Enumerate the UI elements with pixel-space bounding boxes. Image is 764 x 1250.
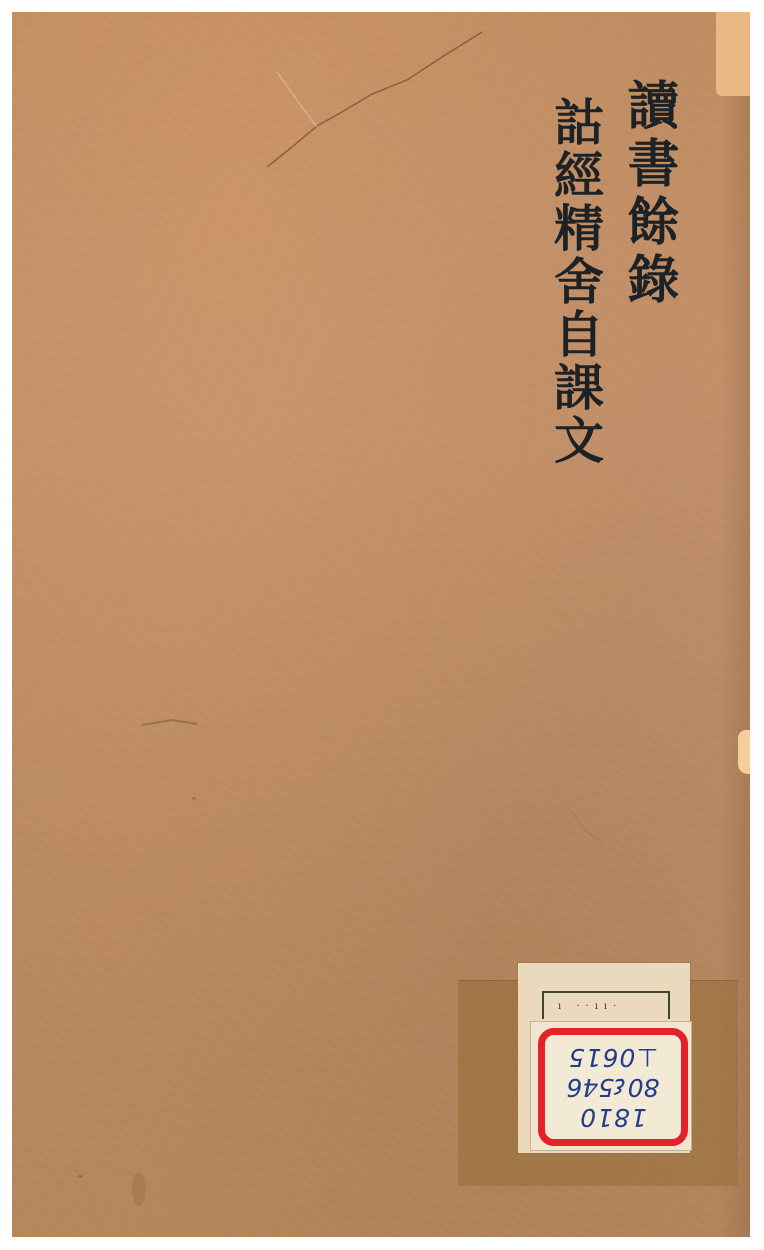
call-number: 1810 80٤546 ⊥0615: [545, 1035, 681, 1139]
paper-stain: [132, 1172, 146, 1206]
book-subtitle: 詁經精舍自課文: [550, 96, 600, 467]
label-header-text: ı ··ıı·: [558, 1001, 622, 1012]
paper-spot: [192, 797, 196, 800]
call-number-line-1: 1810: [579, 1102, 647, 1132]
book-title: 讀書餘錄: [622, 78, 674, 310]
torn-corner-top: [716, 12, 750, 96]
call-number-border: 1810 80٤546 ⊥0615: [538, 1028, 688, 1146]
call-number-card: 1810 80٤546 ⊥0615: [530, 1021, 692, 1151]
paper-spot: [77, 1175, 83, 1178]
torn-edge-middle: [738, 730, 750, 774]
call-number-line-3: ⊥0615: [568, 1042, 658, 1072]
call-number-line-2: 80٤546: [567, 1072, 660, 1102]
library-label: ı ··ıı· 1810 80٤546 ⊥0615: [518, 963, 690, 1153]
